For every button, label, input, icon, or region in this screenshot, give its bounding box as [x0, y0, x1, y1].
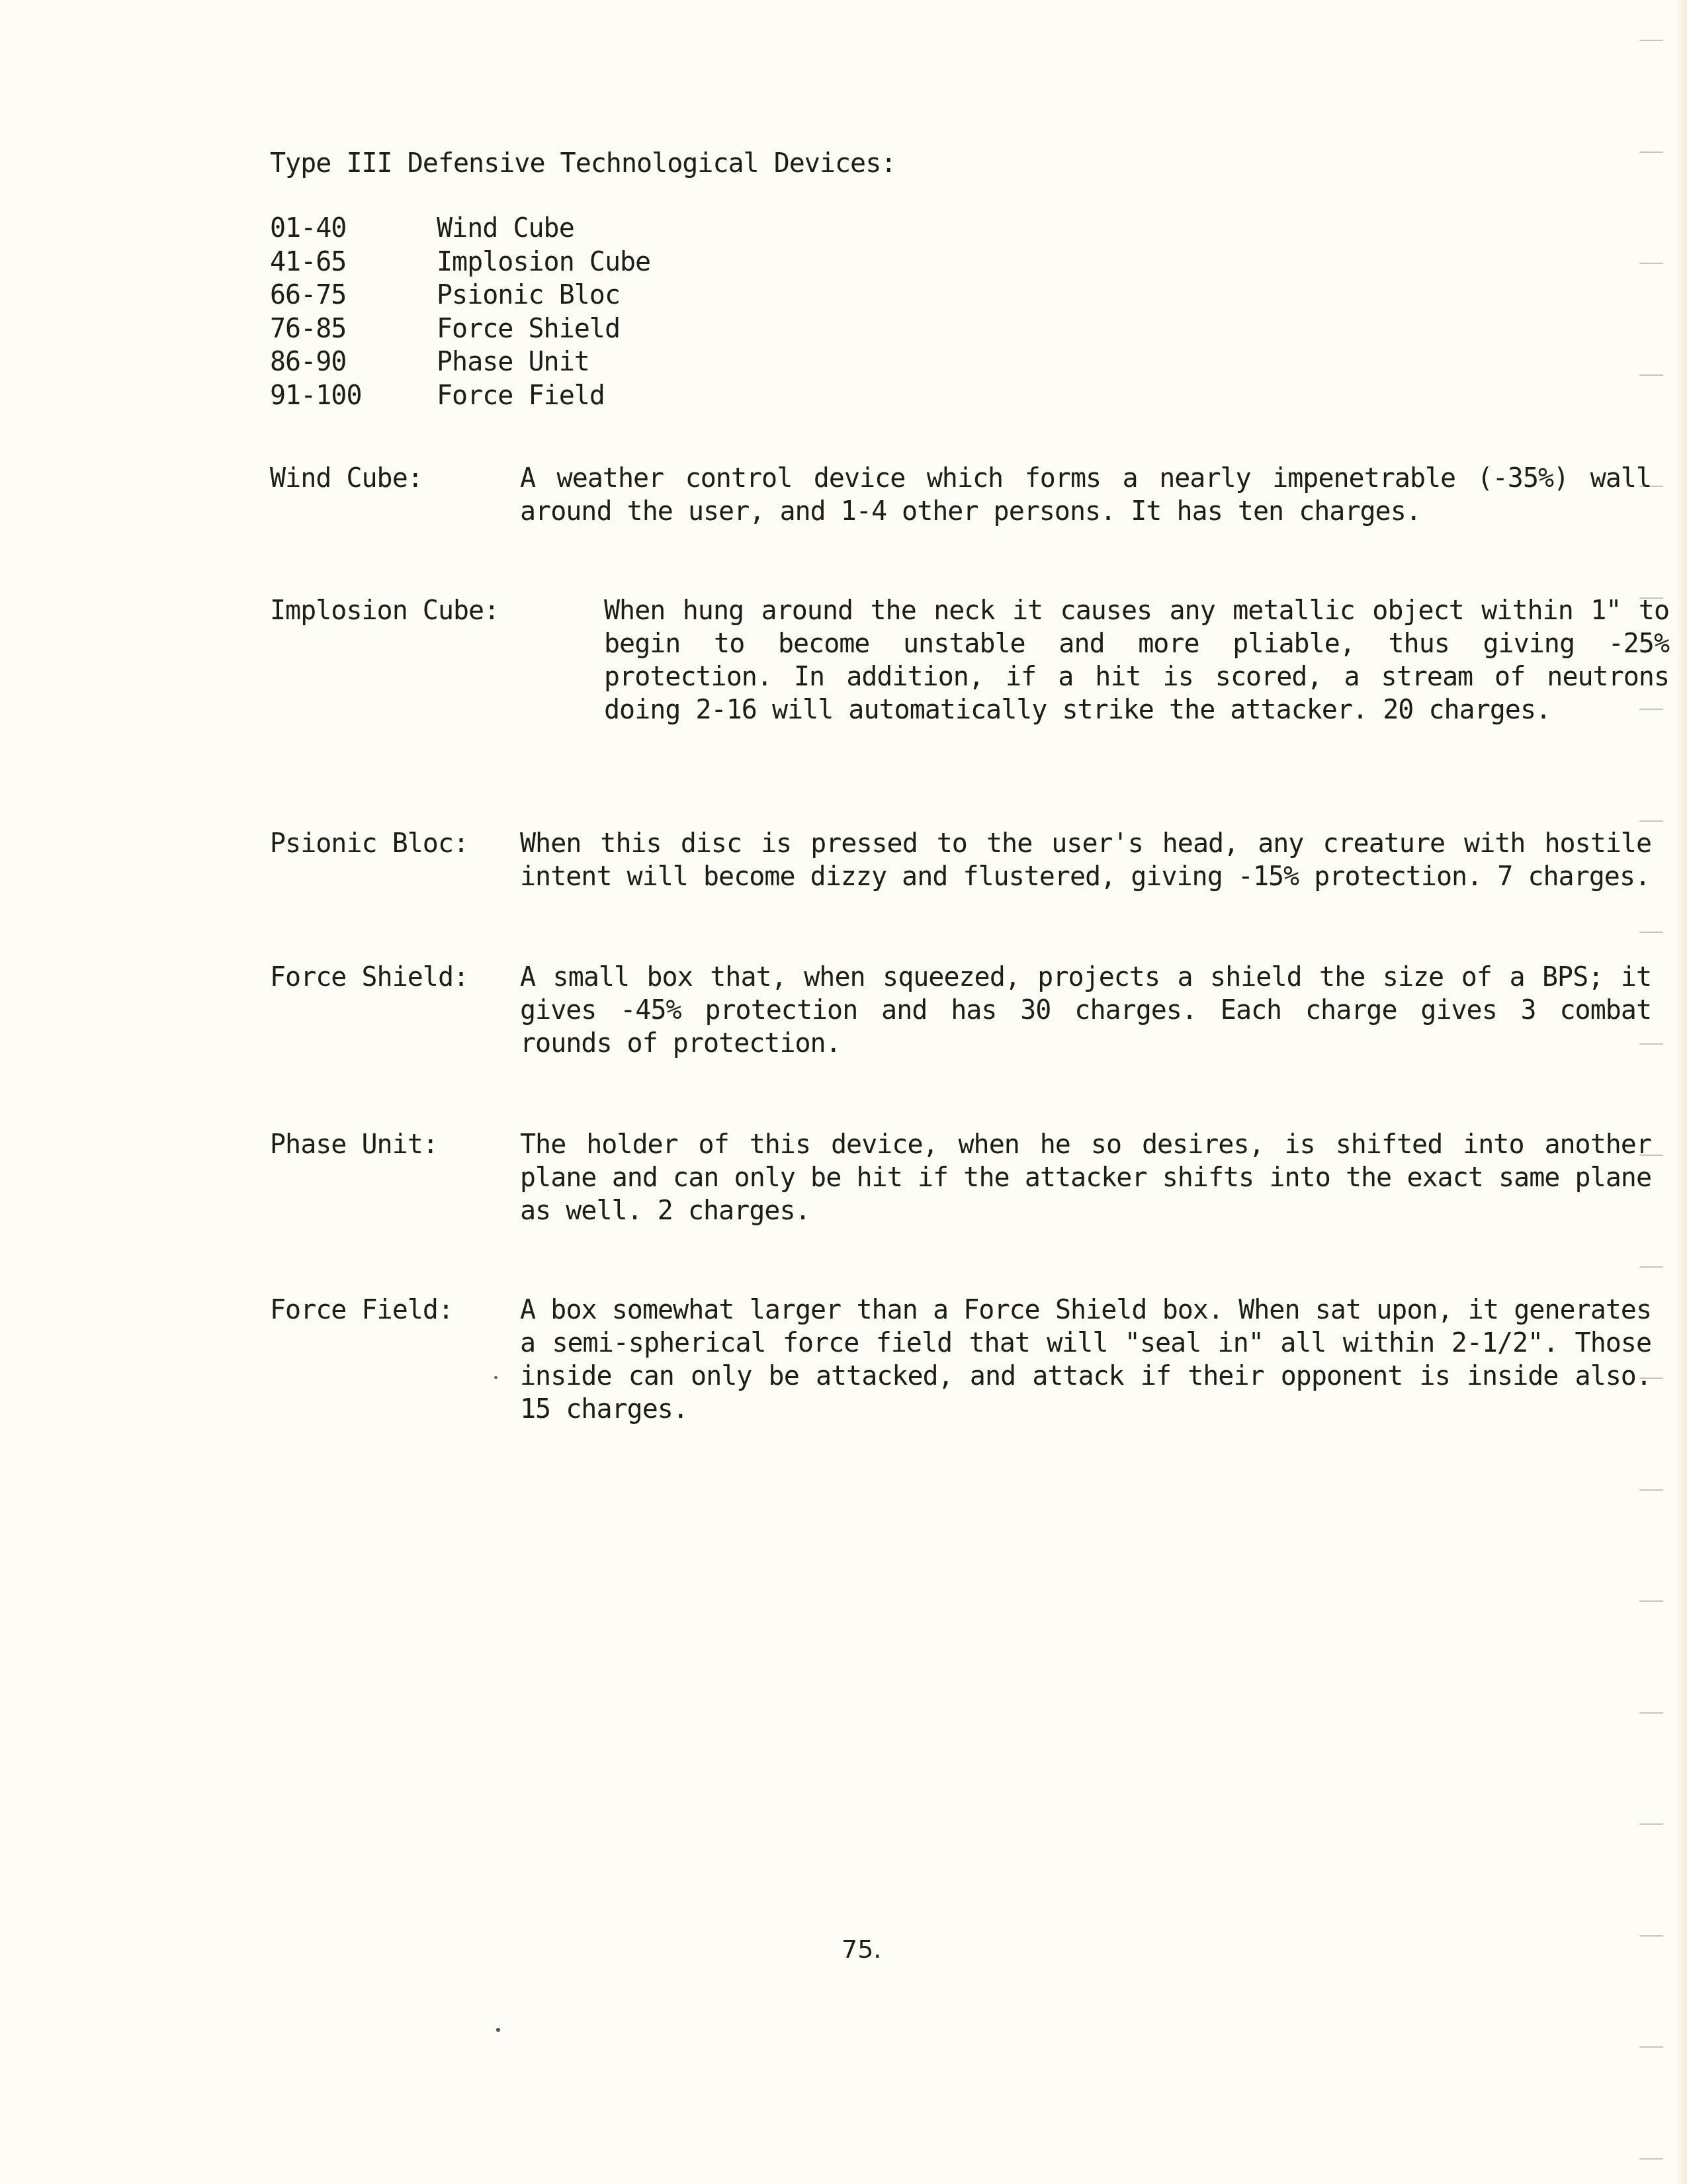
tick-mark: [1639, 932, 1663, 933]
device-name: Wind Cube: [437, 212, 574, 245]
entry-term: Psionic Bloc:: [270, 827, 468, 860]
entry-description: A weather control device which forms a n…: [520, 462, 1651, 528]
table-row: 86-90Phase Unit: [270, 345, 650, 379]
entry-term: Force Field:: [270, 1293, 453, 1327]
device-name: Force Shield: [437, 312, 620, 345]
section-heading: Type III Defensive Technological Devices…: [270, 147, 896, 180]
tick-mark: [1639, 1823, 1663, 1825]
entry-description: A small box that, when squeezed, project…: [520, 961, 1651, 1060]
tick-mark: [1639, 40, 1663, 41]
entry-description: When this disc is pressed to the user's …: [520, 827, 1651, 893]
entry-description: A box somewhat larger than a Force Shiel…: [520, 1293, 1651, 1426]
tick-mark: [1639, 1489, 1663, 1491]
tick-mark: [1639, 1935, 1663, 1937]
table-row: 41-65Implosion Cube: [270, 245, 650, 279]
entry-description: When hung around the neck it causes any …: [604, 594, 1669, 726]
roll-range: 66-75: [270, 279, 437, 312]
page-number: 75.: [842, 1935, 881, 1964]
tick-mark: [1639, 820, 1663, 822]
roll-range: 76-85: [270, 312, 437, 345]
table-row: 76-85Force Shield: [270, 312, 650, 346]
tick-mark: [1639, 263, 1663, 264]
tick-mark: [1639, 2046, 1663, 2048]
tick-mark: [1639, 1600, 1663, 1602]
entry-term: Phase Unit:: [270, 1128, 438, 1161]
table-row: 91-100Force Field: [270, 379, 650, 413]
roll-range: 86-90: [270, 345, 437, 378]
tick-mark: [1639, 1712, 1663, 1714]
tick-mark: [1639, 152, 1663, 153]
scan-speck: [496, 2028, 500, 2032]
roll-range: 91-100: [270, 379, 437, 412]
entry-term: Wind Cube:: [270, 462, 423, 495]
page-edge: [1678, 0, 1687, 2184]
table-row: 66-75Psionic Bloc: [270, 279, 650, 312]
tick-mark: [1639, 374, 1663, 376]
binder-tick-marks: [1639, 0, 1666, 2184]
entry-description: The holder of this device, when he so de…: [520, 1128, 1651, 1227]
roll-range: 01-40: [270, 212, 437, 245]
device-name: Phase Unit: [437, 345, 589, 378]
tick-mark: [1639, 1266, 1663, 1268]
table-row: 01-40Wind Cube: [270, 212, 650, 245]
tick-mark: [1639, 2158, 1663, 2160]
entry-term: Force Shield:: [270, 961, 468, 994]
device-name: Implosion Cube: [437, 245, 650, 279]
roll-range: 41-65: [270, 245, 437, 279]
device-roll-table: 01-40Wind Cube 41-65Implosion Cube 66-75…: [270, 212, 650, 412]
entry-term: Implosion Cube:: [270, 594, 499, 627]
device-name: Force Field: [437, 379, 605, 412]
scan-speck: [494, 1376, 497, 1379]
device-name: Psionic Bloc: [437, 279, 620, 312]
